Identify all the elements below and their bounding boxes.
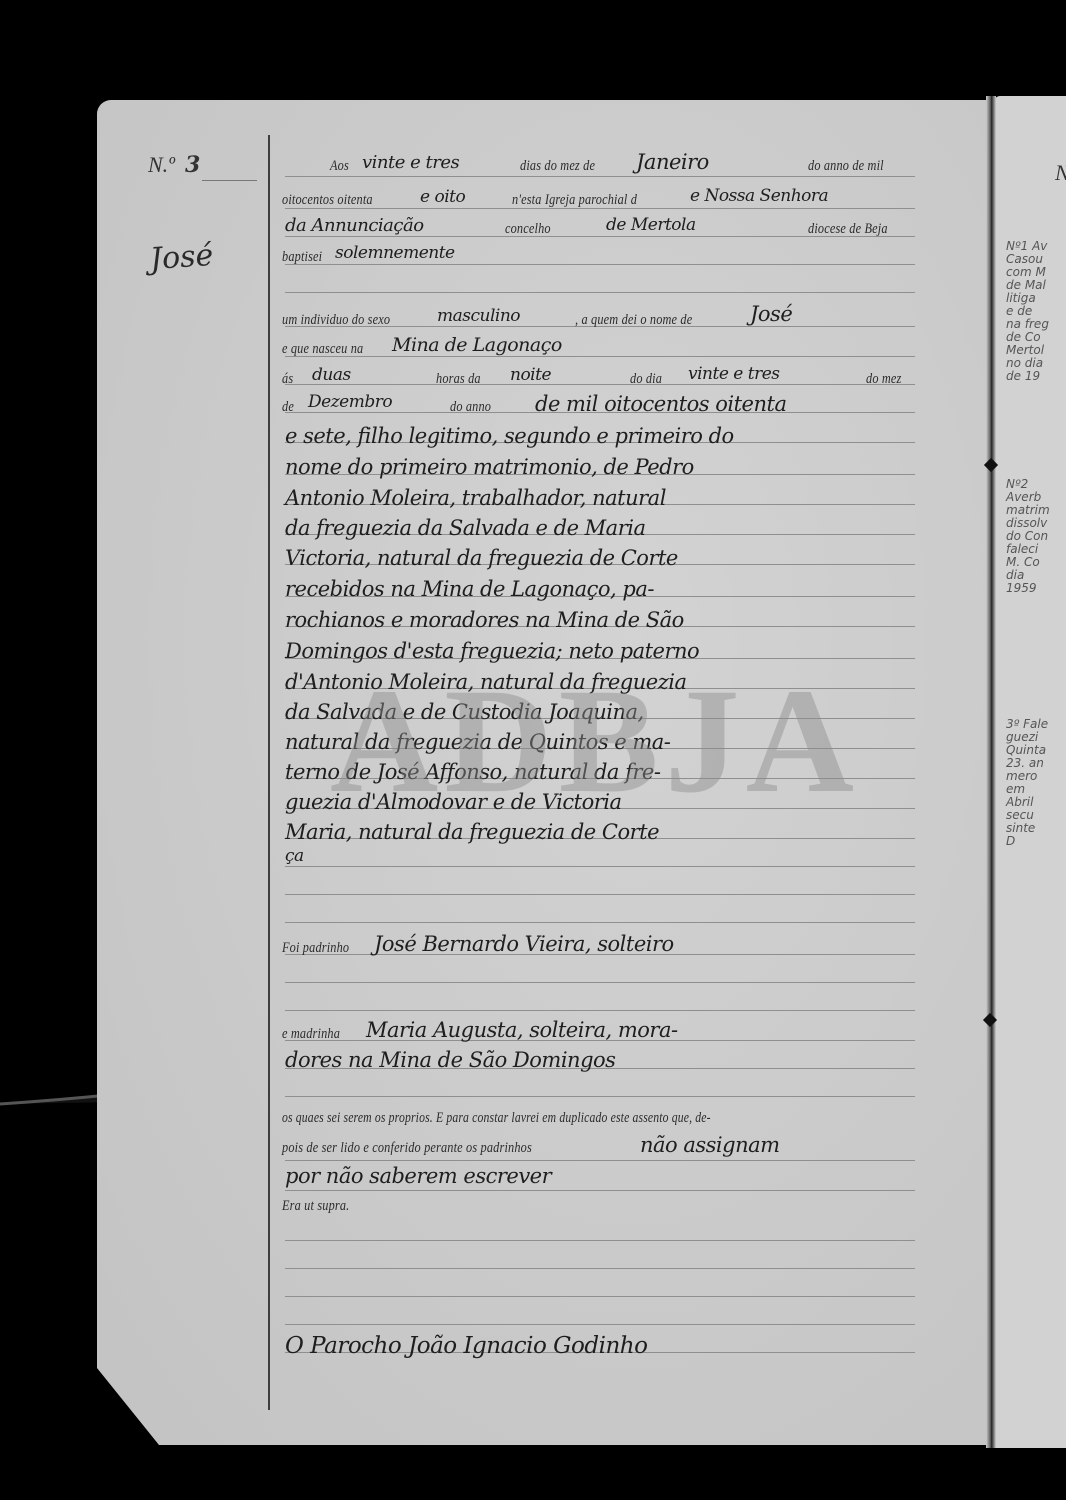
ruled-line: [285, 866, 915, 867]
handwritten-body-line: rochianos e moradores na Mina de São: [285, 608, 684, 632]
printed-text: diocese de Beja: [808, 221, 888, 238]
handwritten-given-name: José: [750, 302, 792, 326]
margin-divider: [268, 135, 270, 1410]
handwritten-body-line: e sete, filho legitimo, segundo e primei…: [285, 424, 734, 448]
ruled-line: [285, 176, 915, 177]
printed-text: dias do mez de: [520, 158, 595, 175]
printed-text: do mez: [866, 371, 901, 388]
ruled-line: [285, 1268, 915, 1269]
handwritten-signature-note: não assignam: [640, 1133, 780, 1157]
printed-text: do anno de mil: [808, 158, 884, 175]
printed-text: de: [282, 399, 294, 416]
printed-text: baptisei: [282, 249, 322, 266]
ruled-line: [285, 922, 915, 923]
handwritten-day: vinte e tres: [362, 152, 459, 173]
ruled-line: [285, 292, 915, 293]
handwritten-sex: masculino: [437, 306, 520, 326]
handwritten-godmother-cont: dores na Mina de São Domingos: [285, 1048, 615, 1072]
ruled-line: [285, 264, 915, 265]
handwritten-birth-day: vinte e tres: [688, 364, 780, 384]
ruled-line: [285, 1324, 915, 1325]
printed-text: Aos: [330, 158, 349, 175]
ruled-line: [285, 1190, 915, 1191]
handwritten-month: Janeiro: [636, 150, 709, 174]
book-spine: [986, 96, 996, 1448]
handwritten-manner: solemnemente: [335, 243, 455, 263]
adjacent-page-header: N: [1055, 160, 1066, 186]
adjacent-note-3: 3º Fale guezi Quinta 23. an mero em Abri…: [1006, 718, 1048, 848]
handwritten-body-line: terno de José Affonso, natural da fre-: [285, 760, 660, 784]
handwritten-body-line: Victoria, natural da freguezia de Corte: [285, 546, 678, 570]
printed-closing: pois de ser lido e conferido perante os …: [282, 1140, 532, 1157]
priest-signature: O Parocho João Ignacio Godinho: [285, 1333, 647, 1359]
handwritten-body-line: da Salvada e de Custodia Joaquina,: [285, 700, 644, 724]
ruled-line: [285, 894, 915, 895]
handwritten-body-line: Maria, natural da freguezia de Corte: [285, 820, 659, 844]
handwritten-birthplace: Mina de Lagonaço: [392, 334, 562, 356]
printed-closing: os quaes sei serem os proprios. E para c…: [282, 1110, 711, 1127]
handwritten-body-line: ça: [285, 846, 304, 866]
ruled-line: [285, 384, 915, 385]
ruled-line: [285, 1096, 915, 1097]
printed-text: um individuo do sexo: [282, 312, 390, 329]
handwritten-body-line: recebidos na Mina de Lagonaço, pa-: [285, 577, 654, 601]
handwritten-body-line: guezia d'Almodovar e de Victoria: [285, 790, 622, 814]
entry-number: N.º3: [148, 152, 200, 178]
printed-text: n'esta Igreja parochial d: [512, 192, 637, 209]
handwritten-body-line: da freguezia da Salvada e de Maria: [285, 516, 645, 540]
era-ut-supra: Era ut supra.: [282, 1198, 349, 1215]
godmother-label: e madrinha: [282, 1026, 340, 1043]
godfather-label: Foi padrinho: [282, 940, 349, 957]
printed-text: concelho: [505, 221, 551, 238]
handwritten-time-of-day: noite: [510, 365, 551, 385]
handwritten-council: de Mertola: [606, 215, 696, 235]
handwritten-body-line: Antonio Moleira, trabalhador, natural: [285, 486, 666, 510]
printed-text: do dia: [630, 371, 662, 388]
margin-name: José: [149, 238, 215, 277]
handwritten-parish-cont: da Annunciação: [285, 215, 424, 236]
printed-text: e que nasceu na: [282, 341, 363, 358]
entry-number-rule: [202, 180, 257, 181]
entry-label: N.º: [148, 152, 175, 177]
ruled-line: [285, 1010, 915, 1011]
printed-text: , a quem dei o nome de: [575, 312, 692, 329]
handwritten-year: e oito: [420, 187, 465, 207]
printed-text: oitocentos oitenta: [282, 192, 373, 209]
ruled-line: [285, 1160, 915, 1161]
printed-text: do anno: [450, 399, 491, 416]
ruled-line: [285, 1240, 915, 1241]
handwritten-body-line: natural da freguezia de Quintos e ma-: [285, 730, 670, 754]
handwritten-birth-year: de mil oitocentos oitenta: [535, 392, 786, 416]
handwritten-godfather: José Bernardo Vieira, solteiro: [374, 932, 674, 956]
printed-text: ás: [282, 371, 293, 388]
adjacent-note-2: Nº2 Averb matrim dissolv do Con faleci M…: [1006, 478, 1050, 595]
handwritten-birth-month: Dezembro: [308, 392, 392, 412]
handwritten-body-line: Domingos d'esta freguezia; neto paterno: [285, 639, 699, 663]
handwritten-parish: e Nossa Senhora: [690, 186, 828, 206]
handwritten-godmother: Maria Augusta, solteira, mora-: [366, 1018, 678, 1042]
ruled-line: [285, 1296, 915, 1297]
ruled-line: [285, 356, 915, 357]
handwritten-hour: duas: [312, 365, 351, 385]
adjacent-note-1: Nº1 Av Casou com M de Mal litiga e de na…: [1006, 240, 1049, 383]
handwritten-signature-note-cont: por não saberem escrever: [285, 1164, 551, 1188]
handwritten-body-line: d'Antonio Moleira, natural da freguezia: [285, 670, 687, 694]
printed-text: horas da: [436, 371, 481, 388]
handwritten-body-line: nome do primeiro matrimonio, de Pedro: [285, 455, 694, 479]
ruled-line: [285, 982, 915, 983]
entry-number-value: 3: [185, 152, 200, 178]
